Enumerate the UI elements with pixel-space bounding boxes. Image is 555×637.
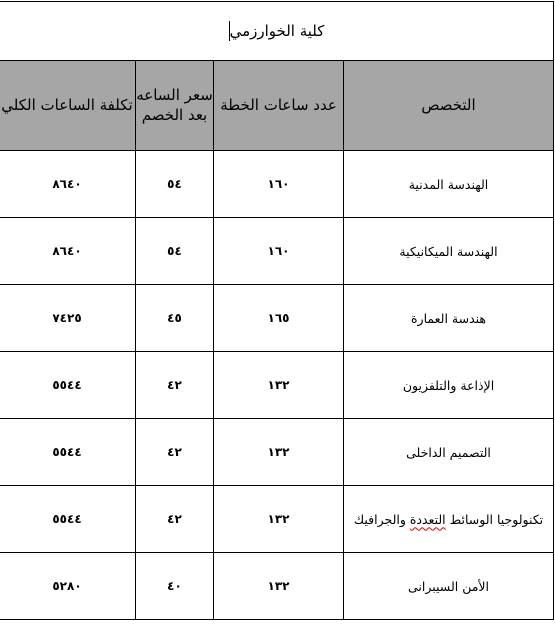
- cell-total-cost[interactable]: ٧٤٢٥: [0, 285, 136, 352]
- cell-hour-price[interactable]: ٤٥: [136, 285, 214, 352]
- table-row: الهندسة الميكانيكية ١٦٠ ٥٤ ٨٦٤٠: [0, 218, 554, 285]
- header-total-cost[interactable]: تكلفة الساعات الكلي: [0, 61, 136, 151]
- cell-plan-hours[interactable]: ١٣٢: [214, 486, 344, 553]
- header-specialization[interactable]: التخصص: [344, 61, 554, 151]
- title-row: كلية الخوارزمي: [0, 2, 554, 61]
- cell-specialization[interactable]: الإذاعة والتلفزيون: [344, 352, 554, 419]
- cell-hour-price[interactable]: ٤٢: [136, 352, 214, 419]
- cell-total-cost[interactable]: ٥٥٤٤: [0, 352, 136, 419]
- table-row: الهندسة المدنية ١٦٠ ٥٤ ٨٦٤٠: [0, 151, 554, 218]
- spellcheck-flagged-word[interactable]: التعددة: [410, 512, 446, 527]
- table-row: الإذاعة والتلفزيون ١٣٢ ٤٢ ٥٥٤٤: [0, 352, 554, 419]
- cell-total-cost[interactable]: ٨٦٤٠: [0, 218, 136, 285]
- cell-hour-price[interactable]: ٥٤: [136, 218, 214, 285]
- cell-plan-hours[interactable]: ١٣٢: [214, 419, 344, 486]
- cell-total-cost[interactable]: ٥٥٤٤: [0, 486, 136, 553]
- document-title: كلية الخوارزمي: [230, 22, 325, 40]
- cell-total-cost[interactable]: ٥٢٨٠: [0, 553, 136, 620]
- header-plan-hours[interactable]: عدد ساعات الخطة: [214, 61, 344, 151]
- cell-hour-price[interactable]: ٥٤: [136, 151, 214, 218]
- table-row: هندسة العمارة ١٦٥ ٤٥ ٧٤٢٥: [0, 285, 554, 352]
- cell-plan-hours[interactable]: ١٣٢: [214, 553, 344, 620]
- cell-plan-hours[interactable]: ١٦٠: [214, 151, 344, 218]
- cell-specialization[interactable]: تكنولوجيا الوسائط التعددة والجرافيك: [344, 486, 554, 553]
- spec-text-part: والجرافيك: [354, 512, 410, 527]
- title-cell[interactable]: كلية الخوارزمي: [0, 2, 554, 61]
- cell-specialization[interactable]: الأمن السيبرانى: [344, 553, 554, 620]
- cell-hour-price[interactable]: ٤٢: [136, 486, 214, 553]
- cell-total-cost[interactable]: ٨٦٤٠: [0, 151, 136, 218]
- cell-total-cost[interactable]: ٥٥٤٤: [0, 419, 136, 486]
- cell-plan-hours[interactable]: ١٣٢: [214, 352, 344, 419]
- header-hour-price[interactable]: سعر الساعه بعد الخصم: [136, 61, 214, 151]
- cell-specialization[interactable]: الهندسة الميكانيكية: [344, 218, 554, 285]
- table-row: التصميم الداخلى ١٣٢ ٤٢ ٥٥٤٤: [0, 419, 554, 486]
- fees-table: كلية الخوارزمي التخصص عدد ساعات الخطة سع…: [0, 1, 554, 620]
- cell-hour-price[interactable]: ٤٢: [136, 419, 214, 486]
- cell-specialization[interactable]: الهندسة المدنية: [344, 151, 554, 218]
- table-row: الأمن السيبرانى ١٣٢ ٤٠ ٥٢٨٠: [0, 553, 554, 620]
- cell-hour-price[interactable]: ٤٠: [136, 553, 214, 620]
- header-row: التخصص عدد ساعات الخطة سعر الساعه بعد ال…: [0, 61, 554, 151]
- cell-plan-hours[interactable]: ١٦٥: [214, 285, 344, 352]
- cell-plan-hours[interactable]: ١٦٠: [214, 218, 344, 285]
- table-row: تكنولوجيا الوسائط التعددة والجرافيك ١٣٢ …: [0, 486, 554, 553]
- cell-specialization[interactable]: التصميم الداخلى: [344, 419, 554, 486]
- spec-text-part: تكنولوجيا الوسائط: [446, 512, 544, 527]
- cell-specialization[interactable]: هندسة العمارة: [344, 285, 554, 352]
